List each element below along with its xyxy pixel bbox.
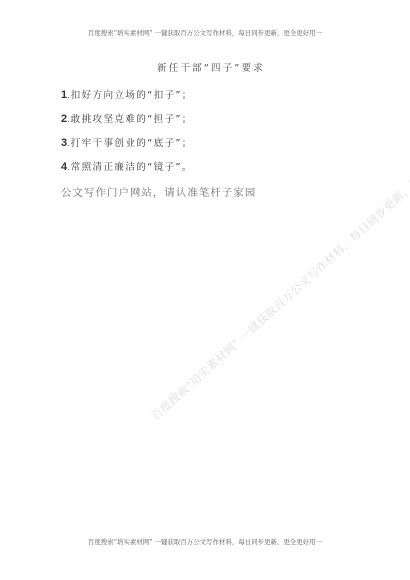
header-banner: 百度搜索“培实素材网” 一键获取百万公文写作材料，每日同步更新，更全更好用一 <box>0 28 410 37</box>
item-text: 常照清正廉洁的“镜子”。 <box>71 162 193 173</box>
document-title: 新任干部“四子”要求 <box>0 60 410 74</box>
requirements-list: 1.扣好方向立场的“扣子”； 2.敢挑攻坚克难的“担子”； 3.打牢干事创业的“… <box>61 88 193 184</box>
list-item: 3.打牢干事创业的“底子”； <box>61 136 193 160</box>
item-text: 打牢干事创业的“底子”； <box>71 138 193 149</box>
item-number-dot: . <box>67 90 70 100</box>
footer-banner: 百度搜索“培实素材网” 一键获取百万公文写作材料，每日同步更新，更全更好用一 <box>0 537 410 546</box>
list-item: 2.敢挑攻坚克难的“担子”； <box>61 112 193 136</box>
item-number-dot: . <box>67 138 70 148</box>
list-item: 4.常照清正廉洁的“镜子”。 <box>61 160 193 184</box>
list-item: 1.扣好方向立场的“扣子”； <box>61 88 193 112</box>
item-number-dot: . <box>67 162 70 172</box>
item-text: 扣好方向立场的“扣子”； <box>71 90 193 101</box>
promo-line: 公文写作门户网站，请认准笔杆子家园 <box>61 184 256 199</box>
document-page: 百度搜索“培实素材网” 一键获取百万公文写作材料，每日同步更新，更全更好用一 百… <box>0 0 410 580</box>
item-number-dot: . <box>67 114 70 124</box>
item-text: 敢挑攻坚克难的“担子”； <box>71 114 193 125</box>
